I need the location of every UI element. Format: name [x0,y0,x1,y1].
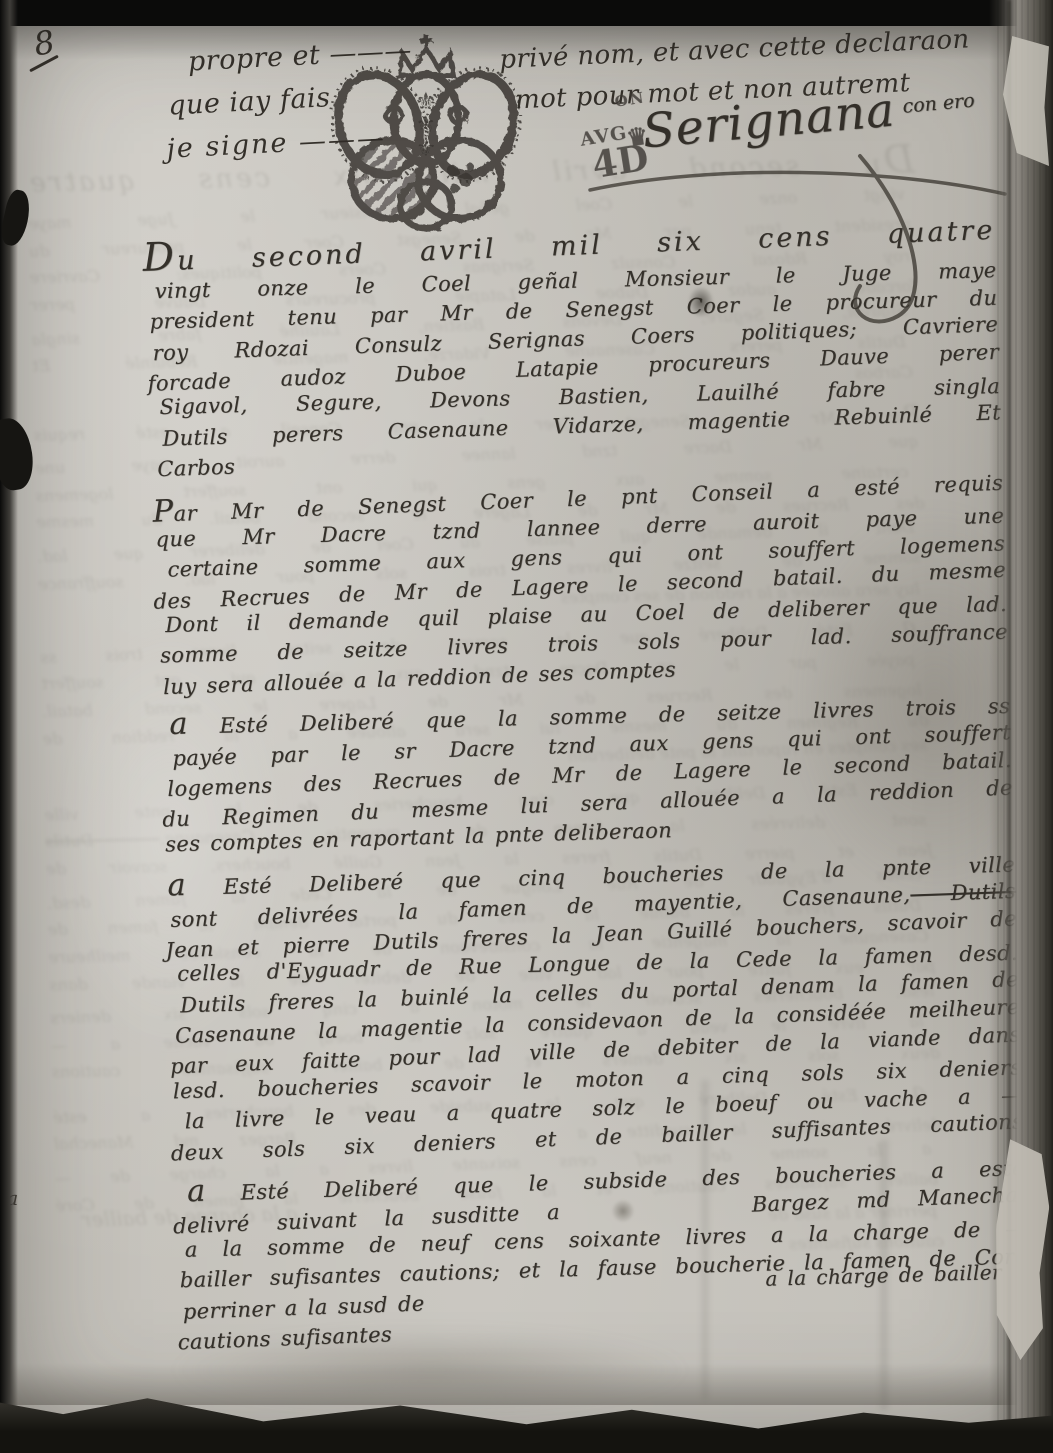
manuscript-paragraph: a Esté Deliberé que le subside des bouch… [180,1151,1030,1354]
manuscript-paragraph: Par Mr de Senegst Coer le pnt Conseil a … [158,468,1009,700]
manuscript-scan-page: Du second avril mil six cens quatrevingt… [0,0,1053,1453]
fiscal-stamp-icon: ⚜ ⚜ ⚜ [328,24,524,236]
top-page-edge [0,0,1053,26]
signature-suffix: con ero [902,90,976,118]
manuscript-body: Du second avril mil six cens quatrevingt… [150,209,1030,1366]
svg-text:⚜: ⚜ [416,134,437,162]
manuscript-paragraph: Du second avril mil six cens quatrevingt… [150,209,1002,482]
manuscript-paragraph: a Esté Deliberé que cinq boucheries de l… [170,846,1024,1165]
manuscript-paragraph: a Esté Deliberé que la somme de seitze l… [165,686,1014,860]
